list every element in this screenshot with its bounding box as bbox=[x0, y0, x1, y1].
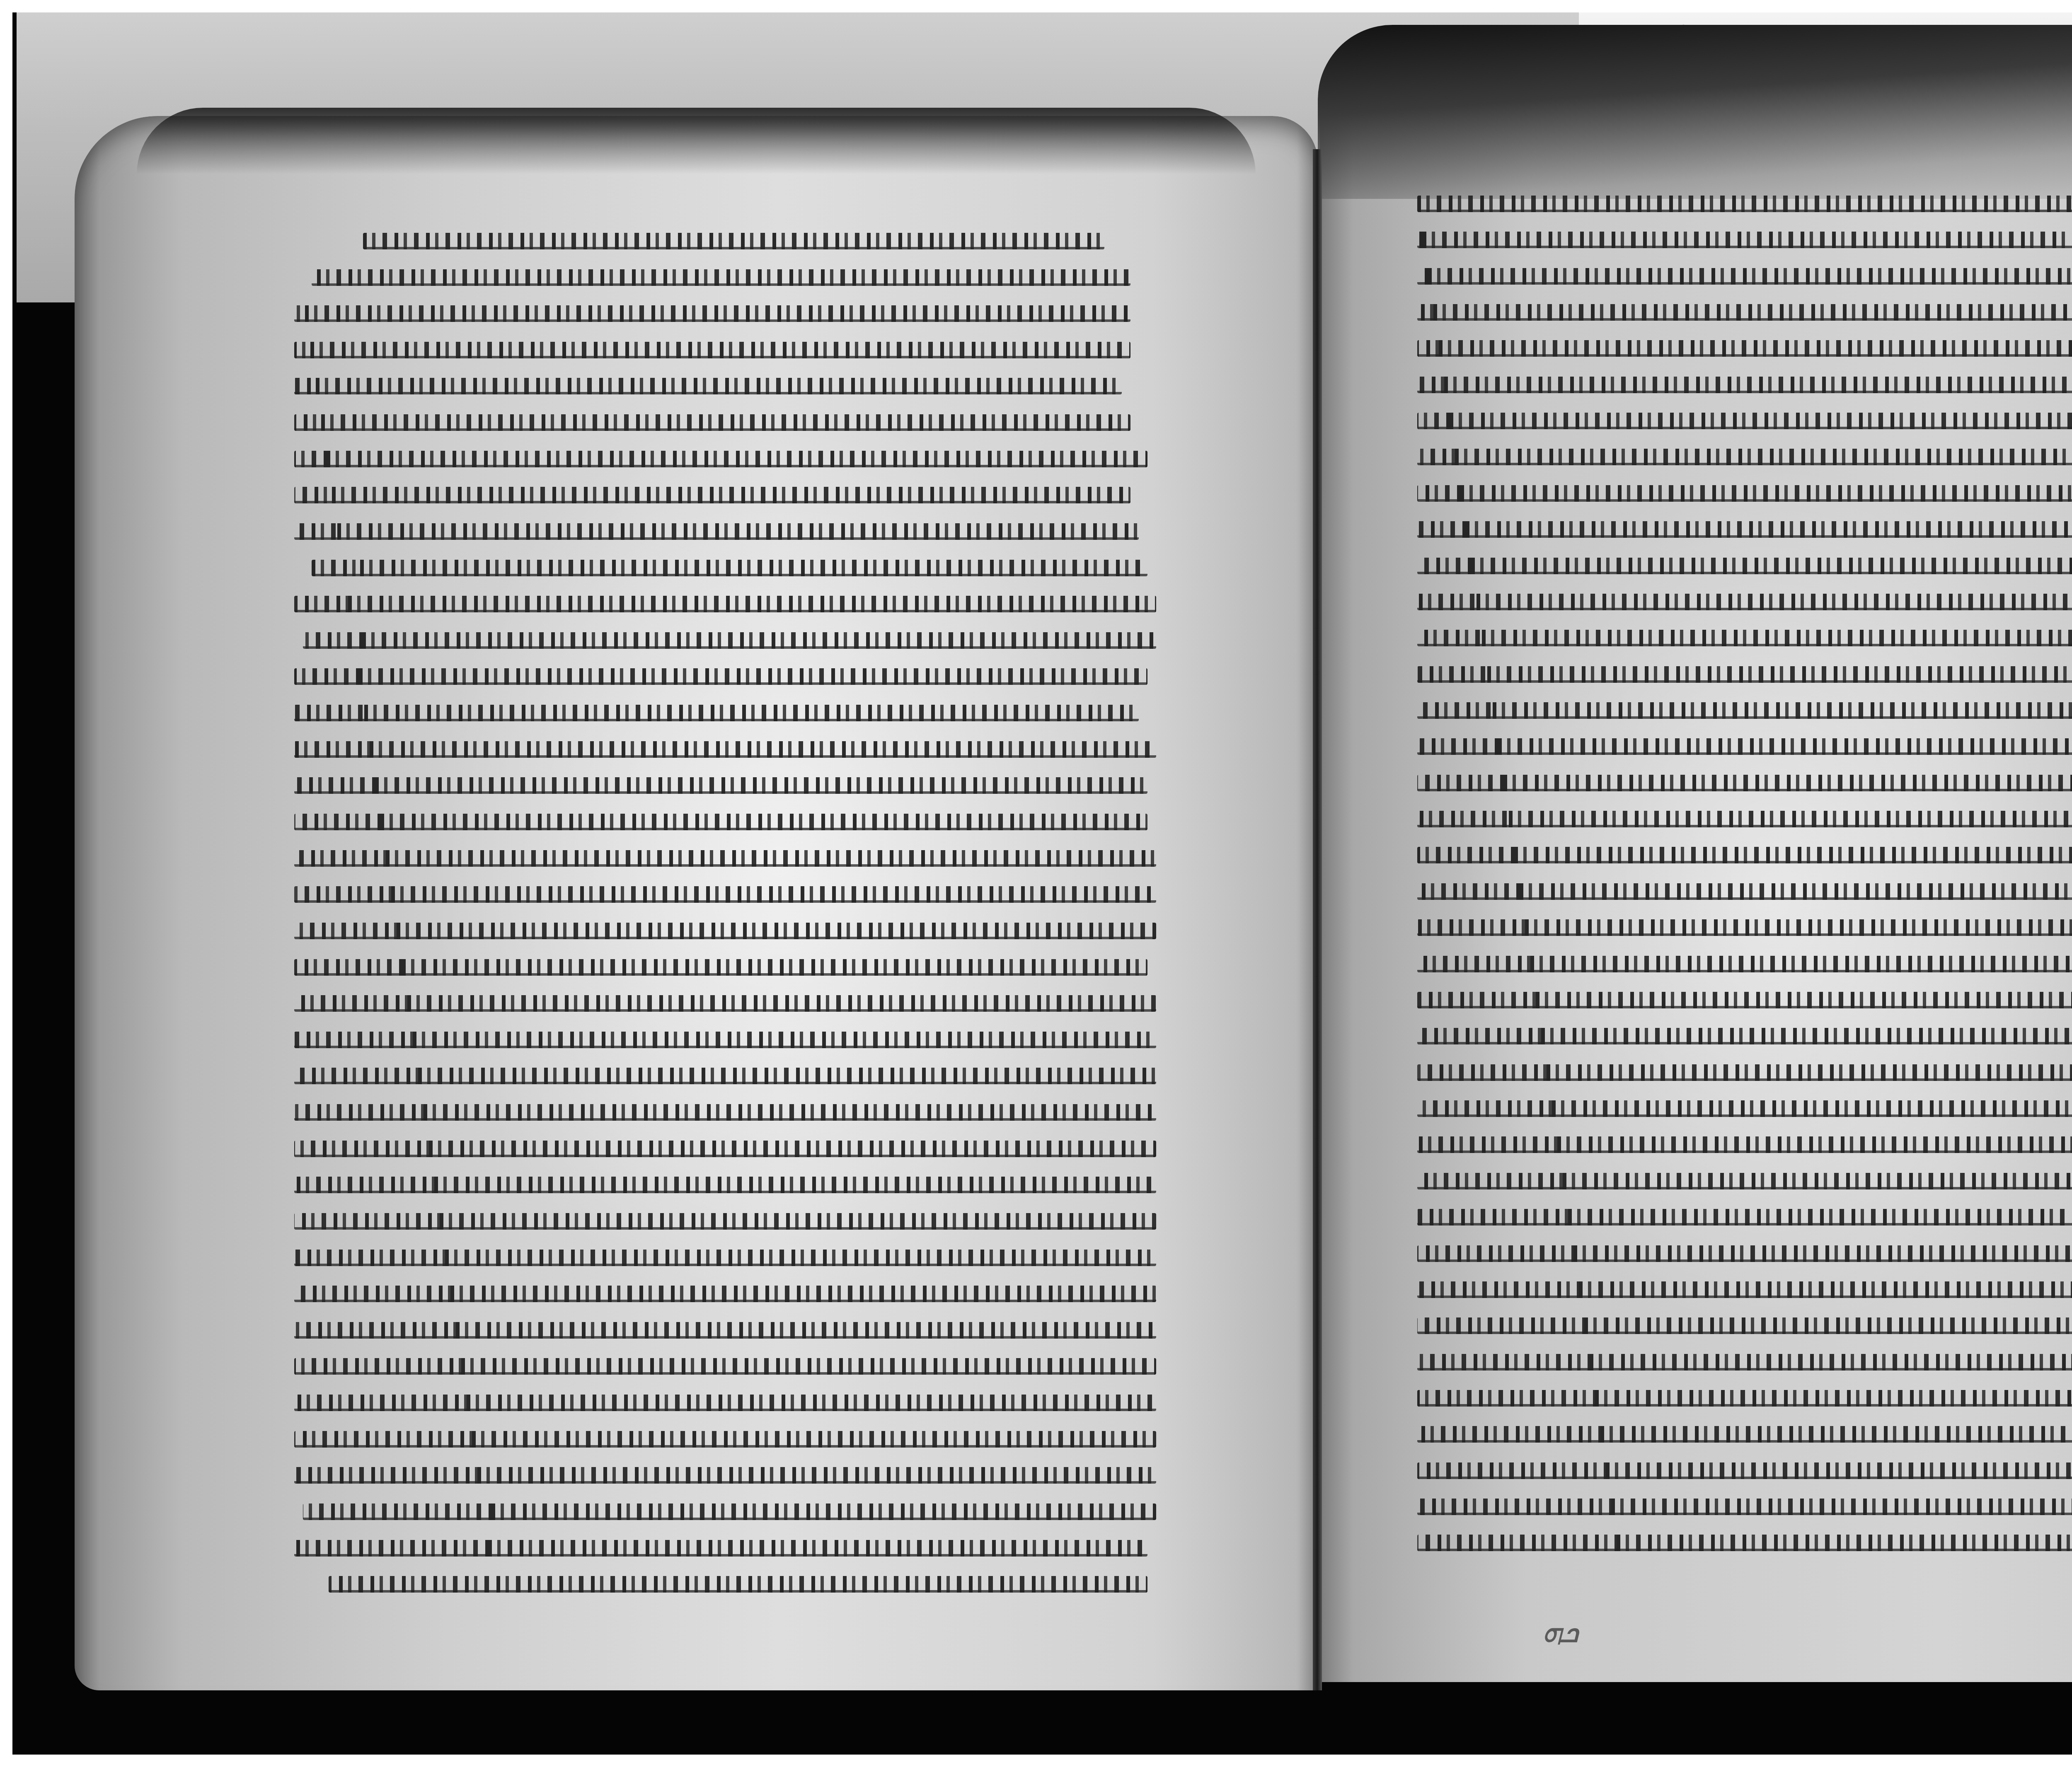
right-page-text-block bbox=[1417, 186, 2072, 1562]
manuscript-text-line bbox=[294, 1032, 1156, 1048]
manuscript-text-line bbox=[294, 1104, 1156, 1121]
manuscript-text-line bbox=[1417, 232, 2072, 248]
manuscript-text-line bbox=[1417, 1535, 2072, 1551]
manuscript-text-line bbox=[1417, 630, 2072, 646]
manuscript-text-line bbox=[1417, 775, 2072, 791]
manuscript-text-line bbox=[1417, 521, 2072, 538]
right-page-top-stain bbox=[1318, 25, 2072, 199]
black-photo-frame: ܐ ܒ .. ∴ ܟܗ ⁝ bbox=[12, 12, 2072, 1755]
manuscript-text-line bbox=[294, 1286, 1156, 1302]
manuscript-text-line bbox=[1417, 1064, 2072, 1081]
manuscript-text-line bbox=[1417, 268, 2072, 285]
manuscript-text-line bbox=[1417, 413, 2072, 429]
book-gutter bbox=[1313, 149, 1322, 1690]
manuscript-text-line bbox=[294, 1540, 1147, 1557]
manuscript-text-line bbox=[1417, 594, 2072, 610]
manuscript-text-line bbox=[1417, 992, 2072, 1008]
manuscript-text-line bbox=[294, 414, 1130, 431]
manuscript-text-line bbox=[1417, 919, 2072, 936]
manuscript-text-line bbox=[1417, 738, 2072, 755]
manuscript-text-line bbox=[1417, 558, 2072, 574]
manuscript-text-line bbox=[294, 1431, 1156, 1448]
manuscript-text-line bbox=[294, 923, 1156, 939]
manuscript-text-line bbox=[1417, 449, 2072, 465]
manuscript-text-line bbox=[294, 451, 1147, 467]
manuscript-text-line bbox=[1417, 1209, 2072, 1226]
manuscript-text-line bbox=[1417, 1354, 2072, 1371]
quire-signature: ܟܗ bbox=[1542, 1612, 1579, 1651]
manuscript-text-line bbox=[303, 1504, 1156, 1520]
manuscript-text-line bbox=[294, 523, 1139, 540]
manuscript-text-line bbox=[1417, 1100, 2072, 1117]
manuscript-text-line bbox=[1417, 1426, 2072, 1443]
manuscript-text-line bbox=[294, 487, 1130, 503]
manuscript-text-line bbox=[1417, 883, 2072, 900]
manuscript-text-line bbox=[294, 378, 1122, 394]
manuscript-text-line bbox=[1417, 666, 2072, 683]
manuscript-text-line bbox=[1417, 196, 2072, 212]
manuscript-text-line bbox=[1417, 377, 2072, 393]
manuscript-text-line bbox=[294, 1467, 1156, 1484]
manuscript-text-line bbox=[1417, 1245, 2072, 1262]
manuscript-text-line bbox=[294, 1395, 1156, 1411]
manuscript-photograph: ܐ ܒ .. ∴ ܟܗ ⁝ bbox=[0, 0, 2072, 1767]
manuscript-text-line bbox=[1417, 1499, 2072, 1515]
manuscript-text-line bbox=[294, 1358, 1156, 1375]
manuscript-text-line bbox=[294, 1250, 1156, 1266]
manuscript-text-line bbox=[294, 959, 1147, 976]
manuscript-text-line bbox=[1417, 1173, 2072, 1189]
manuscript-text-line bbox=[294, 596, 1156, 612]
manuscript-text-line bbox=[1417, 956, 2072, 972]
manuscript-text-line bbox=[1417, 702, 2072, 719]
manuscript-text-line bbox=[363, 233, 1104, 249]
manuscript-text-line bbox=[294, 705, 1139, 721]
manuscript-text-line bbox=[1417, 304, 2072, 321]
manuscript-text-line bbox=[294, 342, 1130, 358]
manuscript-text-line bbox=[294, 1068, 1156, 1084]
manuscript-text-line bbox=[329, 1576, 1147, 1593]
manuscript-text-line bbox=[294, 668, 1147, 685]
manuscript-text-line bbox=[1417, 1317, 2072, 1334]
manuscript-text-line bbox=[294, 886, 1156, 903]
manuscript-text-line bbox=[294, 850, 1156, 867]
manuscript-text-line bbox=[303, 632, 1156, 649]
manuscript-text-line bbox=[294, 1141, 1156, 1157]
manuscript-text-line bbox=[1417, 1281, 2072, 1298]
manuscript-text-line bbox=[1417, 485, 2072, 502]
manuscript-text-line bbox=[294, 305, 1130, 322]
manuscript-text-line bbox=[294, 741, 1156, 758]
manuscript-text-line bbox=[294, 814, 1147, 830]
manuscript-text-line bbox=[1417, 847, 2072, 863]
manuscript-text-line bbox=[294, 1322, 1156, 1339]
manuscript-text-line bbox=[294, 777, 1147, 794]
manuscript-text-line bbox=[1417, 1462, 2072, 1479]
manuscript-text-line bbox=[1417, 340, 2072, 357]
left-page-text-block bbox=[294, 224, 1156, 1603]
manuscript-text-line bbox=[1417, 1136, 2072, 1153]
manuscript-text-line bbox=[1417, 1028, 2072, 1044]
manuscript-text-line bbox=[1417, 811, 2072, 827]
manuscript-text-line bbox=[294, 1177, 1156, 1193]
left-page-top-stain bbox=[137, 108, 1256, 174]
manuscript-text-line bbox=[312, 269, 1130, 286]
manuscript-text-line bbox=[312, 560, 1148, 576]
manuscript-text-line bbox=[1417, 1390, 2072, 1407]
manuscript-text-line bbox=[294, 995, 1156, 1012]
manuscript-text-line bbox=[294, 1213, 1156, 1230]
